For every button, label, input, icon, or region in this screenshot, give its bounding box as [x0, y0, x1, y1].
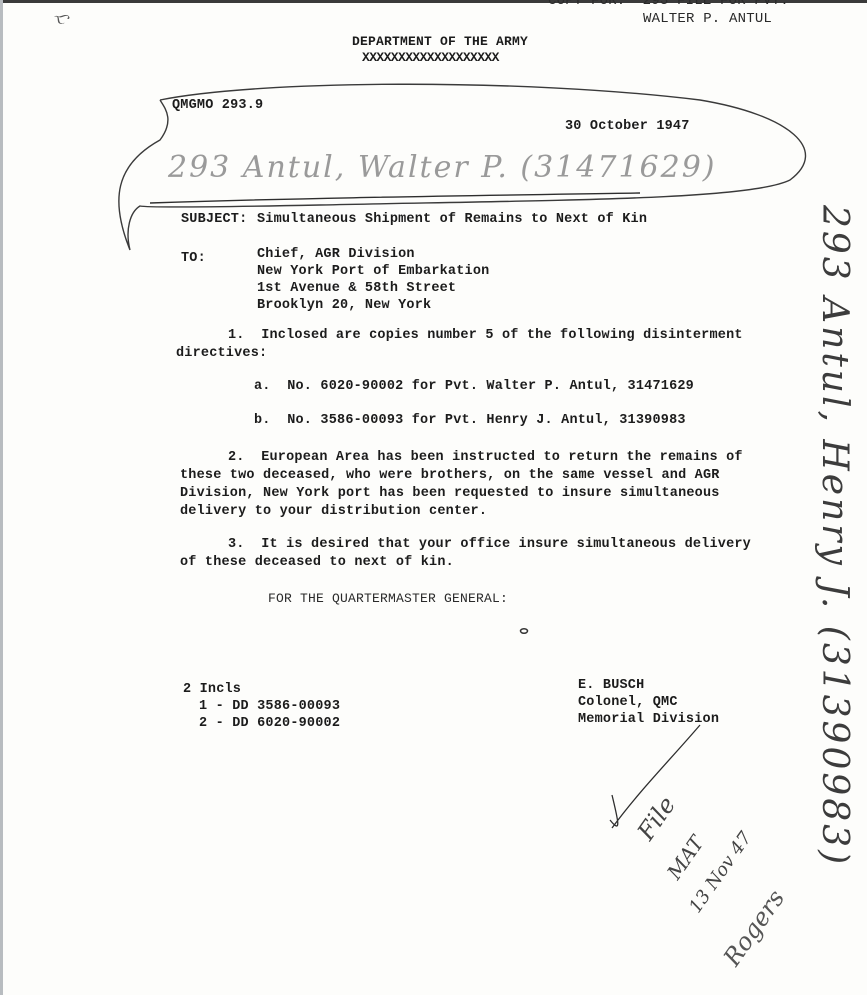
- signatory-name: E. BUSCH: [578, 678, 644, 693]
- for-the-quartermaster-general: FOR THE QUARTERMASTER GENERAL:: [268, 591, 508, 606]
- inclosures-header: 2 Incls: [183, 682, 241, 697]
- paragraph-2-line-4: delivery to your distribution center.: [180, 504, 487, 519]
- signatory-rank: Colonel, QMC: [578, 695, 678, 710]
- to-address-line-3: 1st Avenue & 58th Street: [257, 281, 456, 296]
- copy-for-line-1: COPY FOR: 293 FILE FOR PVT.: [548, 0, 789, 9]
- directive-item-b: b. No. 3586-00093 for Pvt. Henry J. Antu…: [254, 413, 686, 428]
- scan-left-edge: [0, 0, 3, 995]
- handwritten-margin-note: 293 Antul, Henry J. (31390983): [814, 205, 855, 867]
- file-note-line-1: File: [632, 791, 681, 845]
- paragraph-3-line-2: of these deceased to next of kin.: [180, 555, 454, 570]
- corner-squiggle-mark: ℒ: [51, 7, 73, 27]
- subject-text: Simultaneous Shipment of Remains to Next…: [257, 212, 647, 227]
- inclosure-1: 1 - DD 3586-00093: [199, 699, 340, 714]
- scanned-document: COPY FOR: 293 FILE FOR PVT. WALTER P. AN…: [0, 0, 867, 995]
- document-date: 30 October 1947: [565, 119, 690, 134]
- paragraph-1-line-2: directives:: [176, 346, 267, 361]
- inclosure-2: 2 - DD 6020-90002: [199, 716, 340, 731]
- copy-for-line-2: WALTER P. ANTUL: [643, 11, 772, 27]
- paragraph-3-line-1: 3. It is desired that your office insure…: [228, 537, 751, 552]
- to-address-line-2: New York Port of Embarkation: [257, 264, 489, 279]
- directive-item-a: a. No. 6020-90002 for Pvt. Walter P. Ant…: [254, 379, 694, 394]
- paragraph-2-line-3: Division, New York port has been request…: [180, 486, 720, 501]
- signatory-unit: Memorial Division: [578, 712, 719, 727]
- handwritten-circled-note: 293 Antul, Walter P. (31471629): [168, 150, 717, 185]
- letterhead-struck-line: XXXXXXXXXXXXXXXXXXX: [362, 50, 499, 65]
- file-reference: QMGMO 293.9: [172, 98, 263, 113]
- paragraph-2-line-1: 2. European Area has been instructed to …: [228, 450, 743, 465]
- to-address-line-4: Brooklyn 20, New York: [257, 298, 431, 313]
- to-label: TO:: [181, 251, 206, 266]
- paragraph-1-line-1: 1. Inclosed are copies number 5 of the f…: [228, 328, 743, 343]
- subject-label: SUBJECT:: [181, 212, 247, 227]
- file-note-group-4: Rogers: [718, 885, 790, 971]
- to-address-line-1: Chief, AGR Division: [257, 247, 415, 262]
- paragraph-2-line-2: these two deceased, who were brothers, o…: [180, 468, 720, 483]
- file-note-line-4: Rogers: [718, 885, 790, 971]
- letterhead-department: DEPARTMENT OF THE ARMY: [352, 34, 528, 49]
